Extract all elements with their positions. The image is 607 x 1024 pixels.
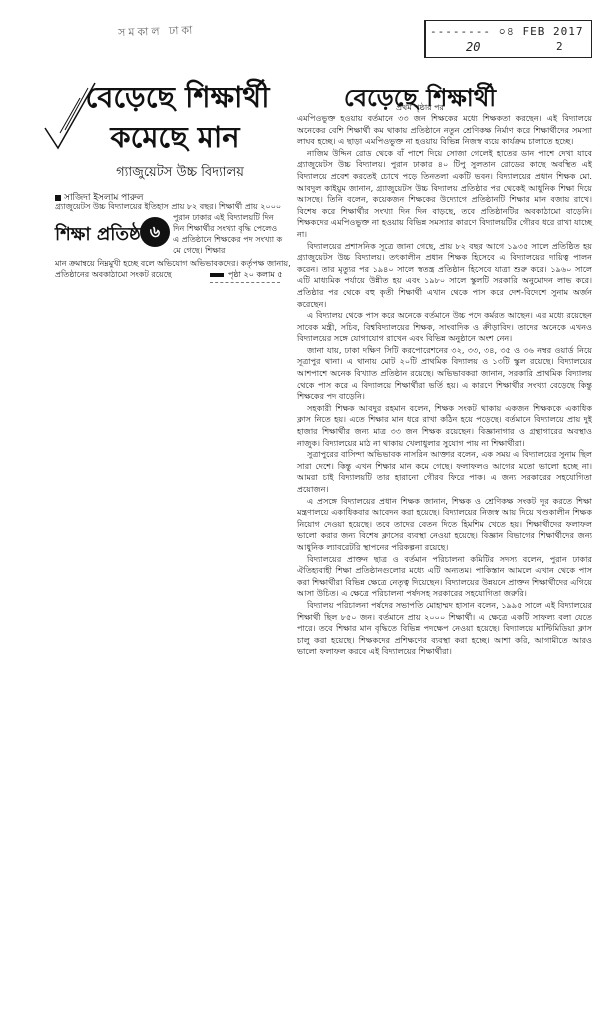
teaser-first-line: গ্র্যাজুয়েটস উচ্চ বিদ্যালয়ের ইতিহাস প্… [55,201,281,212]
left-headline-line1: বেড়েছে শিক্ষার্থী [60,80,295,114]
left-headline-line2: কমেছে মান [85,120,265,154]
article-paragraph: বিদ্যালয়ের প্রশাসনিক সূত্রে জানা গেছে, … [297,241,592,311]
date-stamp: -------- ০৪ FEB 2017 20 2 [424,20,592,58]
article-paragraph: নাজিম উদ্দিন রোড থেকে বাঁ পাশে দিয়ে সোজ… [297,148,592,241]
left-subheadline: গ্যাজুয়েটস উচ্চ বিদ্যালয় [75,163,285,184]
article-paragraph: এমপিওভুক্ত হওয়ায় বর্তমানে ৩৩ জন শিক্ষক… [297,113,592,148]
article-paragraph: সহকারী শিক্ষক আবদুর রহমান বলেন, শিক্ষক স… [297,403,592,449]
article-paragraph: সুত্রাপুরের বাসিন্দা অভিভাবক নাসরিন আক্ত… [297,449,592,495]
article-paragraph: বিদ্যালয়ের প্রাক্তন ছাত্র ও বর্তমান পরি… [297,554,592,600]
teaser-line-after1: মান ক্রমান্বয়ে নিম্নমুখী হচ্ছে বলে অভিয… [55,258,291,269]
article-body: এমপিওভুক্ত হওয়ায় বর্তমানে ৩৩ জন শিক্ষক… [297,113,592,658]
teaser-right-block: পুরান ঢাকার এই বিদ্যালয়টি দিন দিন শিক্ষ… [173,212,285,256]
newspaper-masthead-scribble: সমকাল ঢাকা [118,20,248,39]
article-paragraph: এ প্রসঙ্গে বিদ্যালয়ের প্রধান শিক্ষক জান… [297,496,592,554]
series-number-badge: ৬ [140,217,170,247]
teaser-line-after2: প্রতিষ্ঠানের অবকাঠামো সংকট রয়েছে [55,269,172,280]
article-paragraph: জানা যায়, ঢাকা দক্ষিণ সিটি করপোরেশনের ৩… [297,345,592,403]
continued-text: পৃষ্ঠা ২০ কলাম ৫ [228,270,283,279]
article-paragraph: বিদ্যালয় পরিচালনা পর্ষদের সভাপতি মোহাম্… [297,600,592,658]
byline-bullet-icon [55,195,61,201]
article-paragraph: এ বিদ্যালয় থেকে পাস করে অনেকে বর্তমানে … [297,310,592,345]
continued-bar-icon [210,273,224,277]
date-stamp-column-handwritten: 2 [556,40,563,53]
date-stamp-page-handwritten: 20 [466,40,480,54]
continued-on-page: পৃষ্ঠা ২০ কলাম ৫ [210,269,283,282]
divider [210,282,280,283]
